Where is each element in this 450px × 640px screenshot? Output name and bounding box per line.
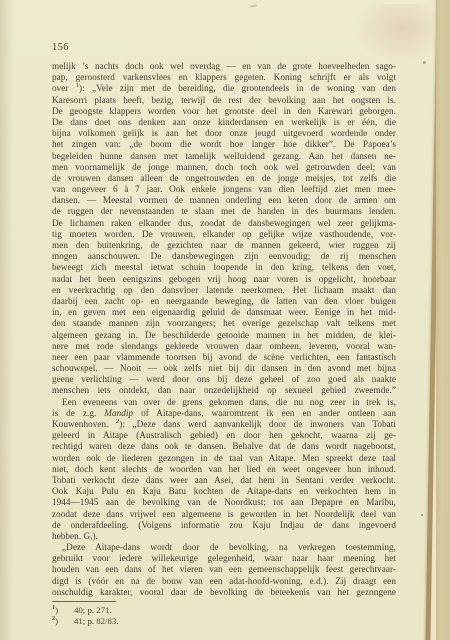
footnote-marker: 2): [52, 616, 74, 627]
text-line: in, en geven met een eigenaardig geluid …: [52, 307, 396, 318]
paragraph: „Deze Aitape-dans wordt door de bevolkin…: [52, 542, 396, 598]
paragraph: melijk ’s nachts doch ook wel overdag — …: [52, 61, 396, 397]
text-line: gebruikt voor iedere willekeurige gelege…: [52, 553, 396, 564]
text-line: 1944—1945 aan de bevolking van de Noordk…: [52, 497, 396, 508]
text-line: De dans doet ons denken aan onze kinderd…: [52, 117, 396, 128]
text-line: begeleiden hunne dansen met tamelijk wel…: [52, 151, 396, 162]
text-line: pap, geroosterd varkensvlees en klappers…: [52, 72, 396, 83]
text-line: hebben. G.).: [52, 531, 396, 542]
text-line: de onderafdeeling. (Volgens informatie z…: [52, 520, 396, 531]
text-line: over 1): „Vele zijn met de bereiding, di…: [52, 83, 396, 94]
text-line: schouwspel. — Nooit — ook zelfs niet bij…: [52, 363, 396, 374]
text-line: neer een paar vlammende toortsen bij avo…: [52, 352, 396, 363]
text-line: geene verlichting — werd door ons bij de…: [52, 374, 396, 385]
text-line: Tobati verkocht deze dans weer aan Asei,…: [52, 475, 396, 486]
text-line: „Deze Aitape-dans wordt door de bevolkin…: [52, 542, 396, 553]
page-left-shadow: [0, 0, 16, 640]
text-line: den staande mannen zijn voorzangers; het…: [52, 318, 396, 329]
text-line: dansen. — Meestal vormen de mannen onder…: [52, 195, 396, 206]
footnote: 1)40; p. 271.: [52, 605, 396, 616]
text-line: niet, doch kent slechts de woorden van h…: [52, 464, 396, 475]
adjacent-page-edge: [436, 0, 450, 640]
page-number: 156: [52, 42, 69, 53]
footnote-rule: [52, 601, 116, 602]
paragraph: Een eveneens van over de grens gekomen d…: [52, 397, 396, 542]
text-line: nadat het been eenigszins gebogen vrij h…: [52, 274, 396, 285]
text-line: De lichamen raken elkander dus, zoodat d…: [52, 218, 396, 229]
text-line: algemeen gezang in. De beschilderde geto…: [52, 330, 396, 341]
paper-speck: [250, 5, 257, 8]
footnote-list: 1)40; p. 271.2)41; p. 82/83.: [52, 605, 396, 627]
paper-speck: [423, 61, 426, 64]
footnotes-section: 1)40; p. 271.2)41; p. 82/83.: [52, 601, 396, 627]
text-line: zoodat deze dans vrijwel een algemeene i…: [52, 509, 396, 520]
paper-stain: [354, 4, 434, 64]
text-line: is de z.g. Mandip of Aitape-dans, waarom…: [52, 408, 396, 419]
footnote-text: 41; p. 82/83.: [74, 616, 118, 626]
text-line: Ook Kaju Pulu en Kaju Batu kochten de Ai…: [52, 486, 396, 497]
text-line: tig moeten worden. De vrouwen, elkander …: [52, 229, 396, 240]
body-text: melijk ’s nachts doch ook wel overdag — …: [52, 61, 396, 598]
footnote-text: 40; p. 271.: [74, 605, 112, 615]
text-line: houden van een dans of het vieren van ee…: [52, 564, 396, 575]
text-line: men voornamelijk de jonge mannen, doch t…: [52, 162, 396, 173]
text-line: Een eveneens van over de grens gekomen d…: [52, 397, 396, 408]
text-line: geleerd in Aitape (Australisch gebied) e…: [52, 430, 396, 441]
text-line: de ruggen der nevenstaanden te slaan met…: [52, 206, 396, 217]
book-page: 156 melijk ’s nachts doch ook wel overda…: [0, 0, 450, 640]
footnote: 2)41; p. 82/83.: [52, 616, 396, 627]
text-line: melijk ’s nachts doch ook wel overdag — …: [52, 61, 396, 72]
text-line: Kouwenhoven. 2): „Deze dans werd aanvank…: [52, 419, 396, 430]
text-line: daarbij een zacht op- en neergaande bewe…: [52, 296, 396, 307]
text-line: bijna volkomen gelijk is aan het door on…: [52, 128, 396, 139]
text-line: De geoogste klappers worden voor het gro…: [52, 106, 396, 117]
text-line: de vrouwen dansen alleen de ongetrouwden…: [52, 173, 396, 184]
text-line: Karesorri plaats heeft, bezig, terwijl d…: [52, 95, 396, 106]
text-line: rechtigd waren deze dans ook te dansen. …: [52, 441, 396, 452]
text-line: digd is (vóór en na de bouw van een adat…: [52, 576, 396, 587]
text-line: het zingen van: „de boom die wordt hoe l…: [52, 139, 396, 150]
paper-speck: [421, 514, 423, 516]
text-line: beweegt zich meestal ietwat schuin loope…: [52, 262, 396, 273]
text-line: en veerkrachtig op den dansvloer latende…: [52, 285, 396, 296]
text-line: onschuldig karakter, vooral daar de bevo…: [52, 587, 396, 598]
text-line: men den buitenkring, de gezichten naar d…: [52, 240, 396, 251]
text-line: mogen aanschouwen. De dansbewegingen zij…: [52, 251, 396, 262]
text-line: menschen iets ontdekt, dan naar onzedeli…: [52, 385, 396, 396]
text-line: nere met rode slendangs gekleede vrouwen…: [52, 341, 396, 352]
footnote-marker: 1): [52, 605, 74, 616]
text-line: van ongeveer 6 à 7 jaar. Ook enkele jong…: [52, 184, 396, 195]
text-line: worden ook de liederen gezongen in de ta…: [52, 453, 396, 464]
